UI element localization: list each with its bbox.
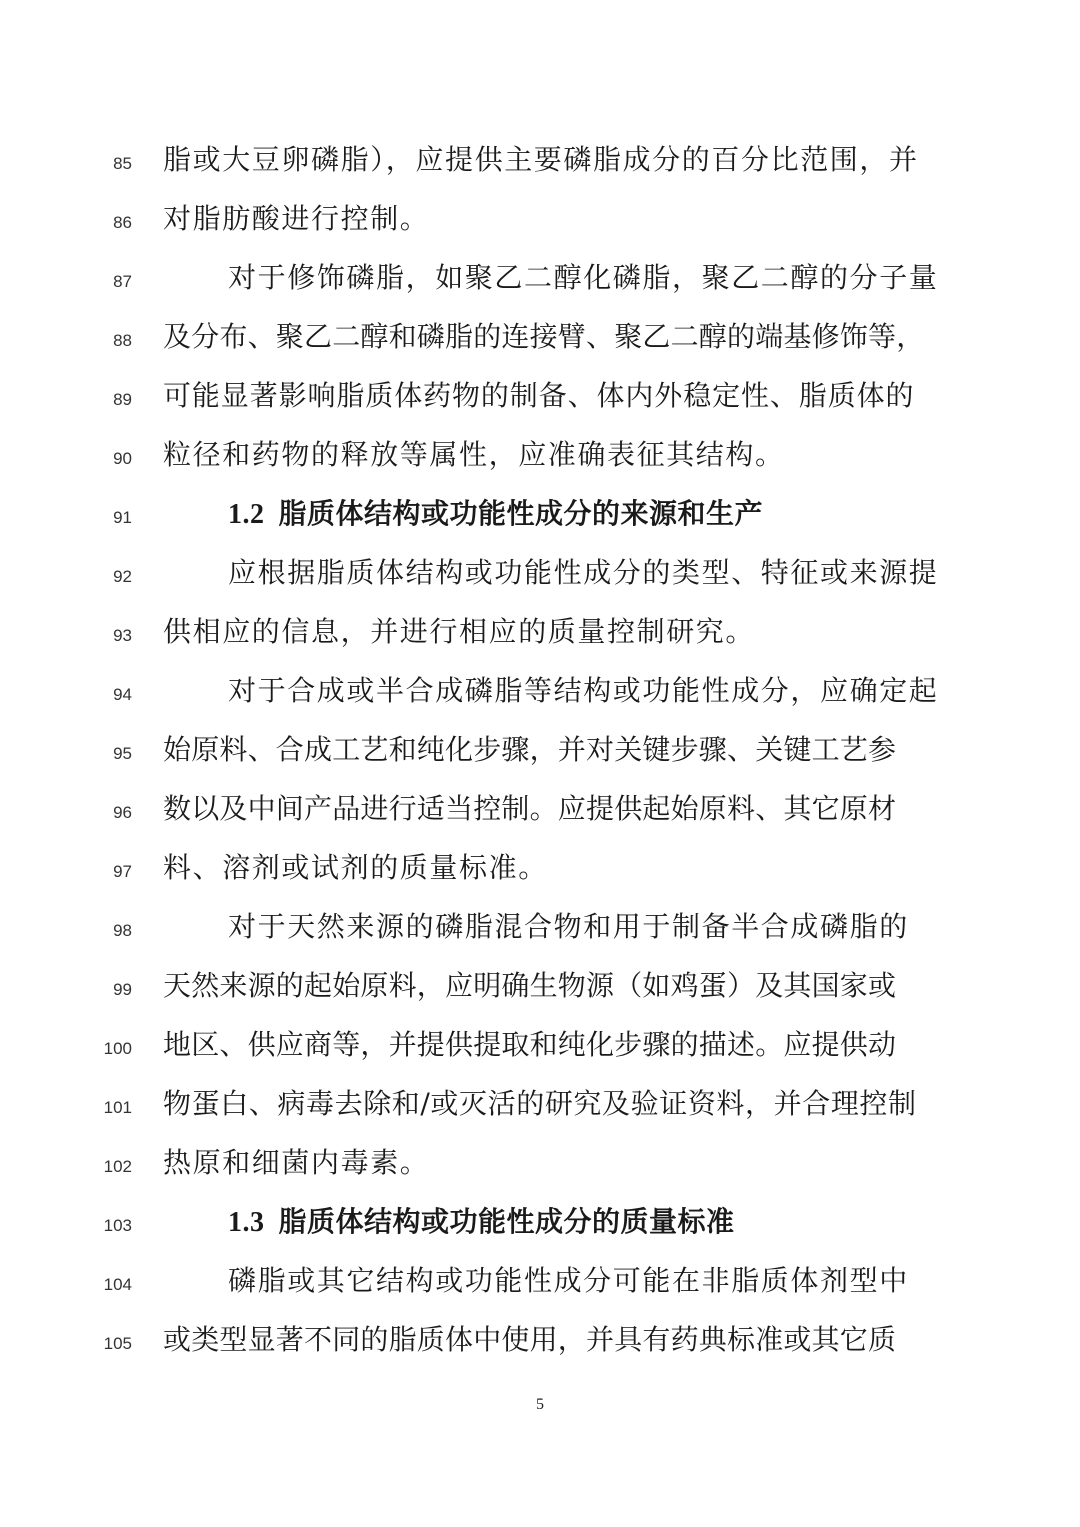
page-number: 5 [0,1396,1080,1414]
line-number: 99 [60,980,132,1000]
line-number: 97 [60,862,132,882]
line-105: 105 或类型显著不同的脂质体中使用，并具有药典标准或其它质 [0,1322,1080,1362]
line-number: 101 [60,1098,132,1118]
line-90: 90 粒径和药物的释放等属性，应准确表征其结构。 [0,437,1080,477]
line-91: 91 1.2脂质体结构或功能性成分的来源和生产 [0,496,1080,536]
body-text: 对于合成或半合成磷脂等结构或功能性成分，应确定起 [228,671,988,711]
line-85: 85 脂或大豆卵磷脂），应提供主要磷脂成分的百分比范围，并 [0,142,1080,182]
line-95: 95 始原料、合成工艺和纯化步骤，并对关键步骤、关键工艺参 [0,732,1080,772]
line-86: 86 对脂肪酸进行控制。 [0,201,1080,241]
line-101: 101 物蛋白、病毒去除和/或灭活的研究及验证资料，并合理控制 [0,1086,1080,1126]
body-text: 供相应的信息，并进行相应的质量控制研究。 [163,612,923,652]
document-page: 85 脂或大豆卵磷脂），应提供主要磷脂成分的百分比范围，并 86 对脂肪酸进行控… [0,0,1080,1527]
line-number: 93 [60,626,132,646]
line-100: 100 地区、供应商等，并提供提取和纯化步骤的描述。应提供动 [0,1027,1080,1067]
section-number: 1.3 [228,1207,265,1238]
section-heading-1-2: 1.2脂质体结构或功能性成分的来源和生产 [228,494,988,535]
line-93: 93 供相应的信息，并进行相应的质量控制研究。 [0,614,1080,654]
line-98: 98 对于天然来源的磷脂混合物和用于制备半合成磷脂的 [0,909,1080,949]
body-text: 始原料、合成工艺和纯化步骤，并对关键步骤、关键工艺参 [163,730,923,770]
line-number: 98 [60,921,132,941]
line-97: 97 料、溶剂或试剂的质量标准。 [0,850,1080,890]
line-103: 103 1.3脂质体结构或功能性成分的质量标准 [0,1204,1080,1244]
line-number: 96 [60,803,132,823]
section-number: 1.2 [228,499,265,530]
line-number: 95 [60,744,132,764]
body-text: 对于天然来源的磷脂混合物和用于制备半合成磷脂的 [228,907,988,947]
line-102: 102 热原和细菌内毒素。 [0,1145,1080,1185]
line-number: 104 [60,1275,132,1295]
line-92: 92 应根据脂质体结构或功能性成分的类型、特征或来源提 [0,555,1080,595]
body-text: 料、溶剂或试剂的质量标准。 [163,848,923,888]
line-number: 90 [60,449,132,469]
line-94: 94 对于合成或半合成磷脂等结构或功能性成分，应确定起 [0,673,1080,713]
section-heading-1-3: 1.3脂质体结构或功能性成分的质量标准 [228,1202,988,1243]
line-number: 91 [60,508,132,528]
line-number: 85 [60,154,132,174]
line-number: 89 [60,390,132,410]
body-text: 对脂肪酸进行控制。 [163,199,923,239]
line-number: 100 [60,1039,132,1059]
line-number: 92 [60,567,132,587]
body-text: 数以及中间产品进行适当控制。应提供起始原料、其它原材 [163,789,923,829]
line-number: 102 [60,1157,132,1177]
body-text: 应根据脂质体结构或功能性成分的类型、特征或来源提 [228,553,988,593]
body-text: 粒径和药物的释放等属性，应准确表征其结构。 [163,435,923,475]
body-text: 磷脂或其它结构或功能性成分可能在非脂质体剂型中 [228,1261,988,1301]
line-89: 89 可能显著影响脂质体药物的制备、体内外稳定性、脂质体的 [0,378,1080,418]
section-title: 脂质体结构或功能性成分的来源和生产 [279,497,764,530]
line-number: 103 [60,1216,132,1236]
body-text: 热原和细菌内毒素。 [163,1143,923,1183]
body-text: 可能显著影响脂质体药物的制备、体内外稳定性、脂质体的 [163,376,923,416]
line-88: 88 及分布、聚乙二醇和磷脂的连接臂、聚乙二醇的端基修饰等， [0,319,1080,359]
body-text: 及分布、聚乙二醇和磷脂的连接臂、聚乙二醇的端基修饰等， [163,317,923,357]
line-number: 88 [60,331,132,351]
line-number: 94 [60,685,132,705]
line-104: 104 磷脂或其它结构或功能性成分可能在非脂质体剂型中 [0,1263,1080,1303]
line-99: 99 天然来源的起始原料，应明确生物源（如鸡蛋）及其国家或 [0,968,1080,1008]
line-number: 86 [60,213,132,233]
body-text: 对于修饰磷脂，如聚乙二醇化磷脂，聚乙二醇的分子量 [228,258,988,298]
section-title: 脂质体结构或功能性成分的质量标准 [279,1205,735,1238]
line-number: 105 [60,1334,132,1354]
line-87: 87 对于修饰磷脂，如聚乙二醇化磷脂，聚乙二醇的分子量 [0,260,1080,300]
body-text: 天然来源的起始原料，应明确生物源（如鸡蛋）及其国家或 [163,966,923,1006]
line-96: 96 数以及中间产品进行适当控制。应提供起始原料、其它原材 [0,791,1080,831]
line-number: 87 [60,272,132,292]
body-text: 或类型显著不同的脂质体中使用，并具有药典标准或其它质 [163,1320,923,1360]
body-text: 物蛋白、病毒去除和/或灭活的研究及验证资料，并合理控制 [163,1084,923,1124]
body-text: 脂或大豆卵磷脂），应提供主要磷脂成分的百分比范围，并 [163,140,923,180]
body-text: 地区、供应商等，并提供提取和纯化步骤的描述。应提供动 [163,1025,923,1065]
